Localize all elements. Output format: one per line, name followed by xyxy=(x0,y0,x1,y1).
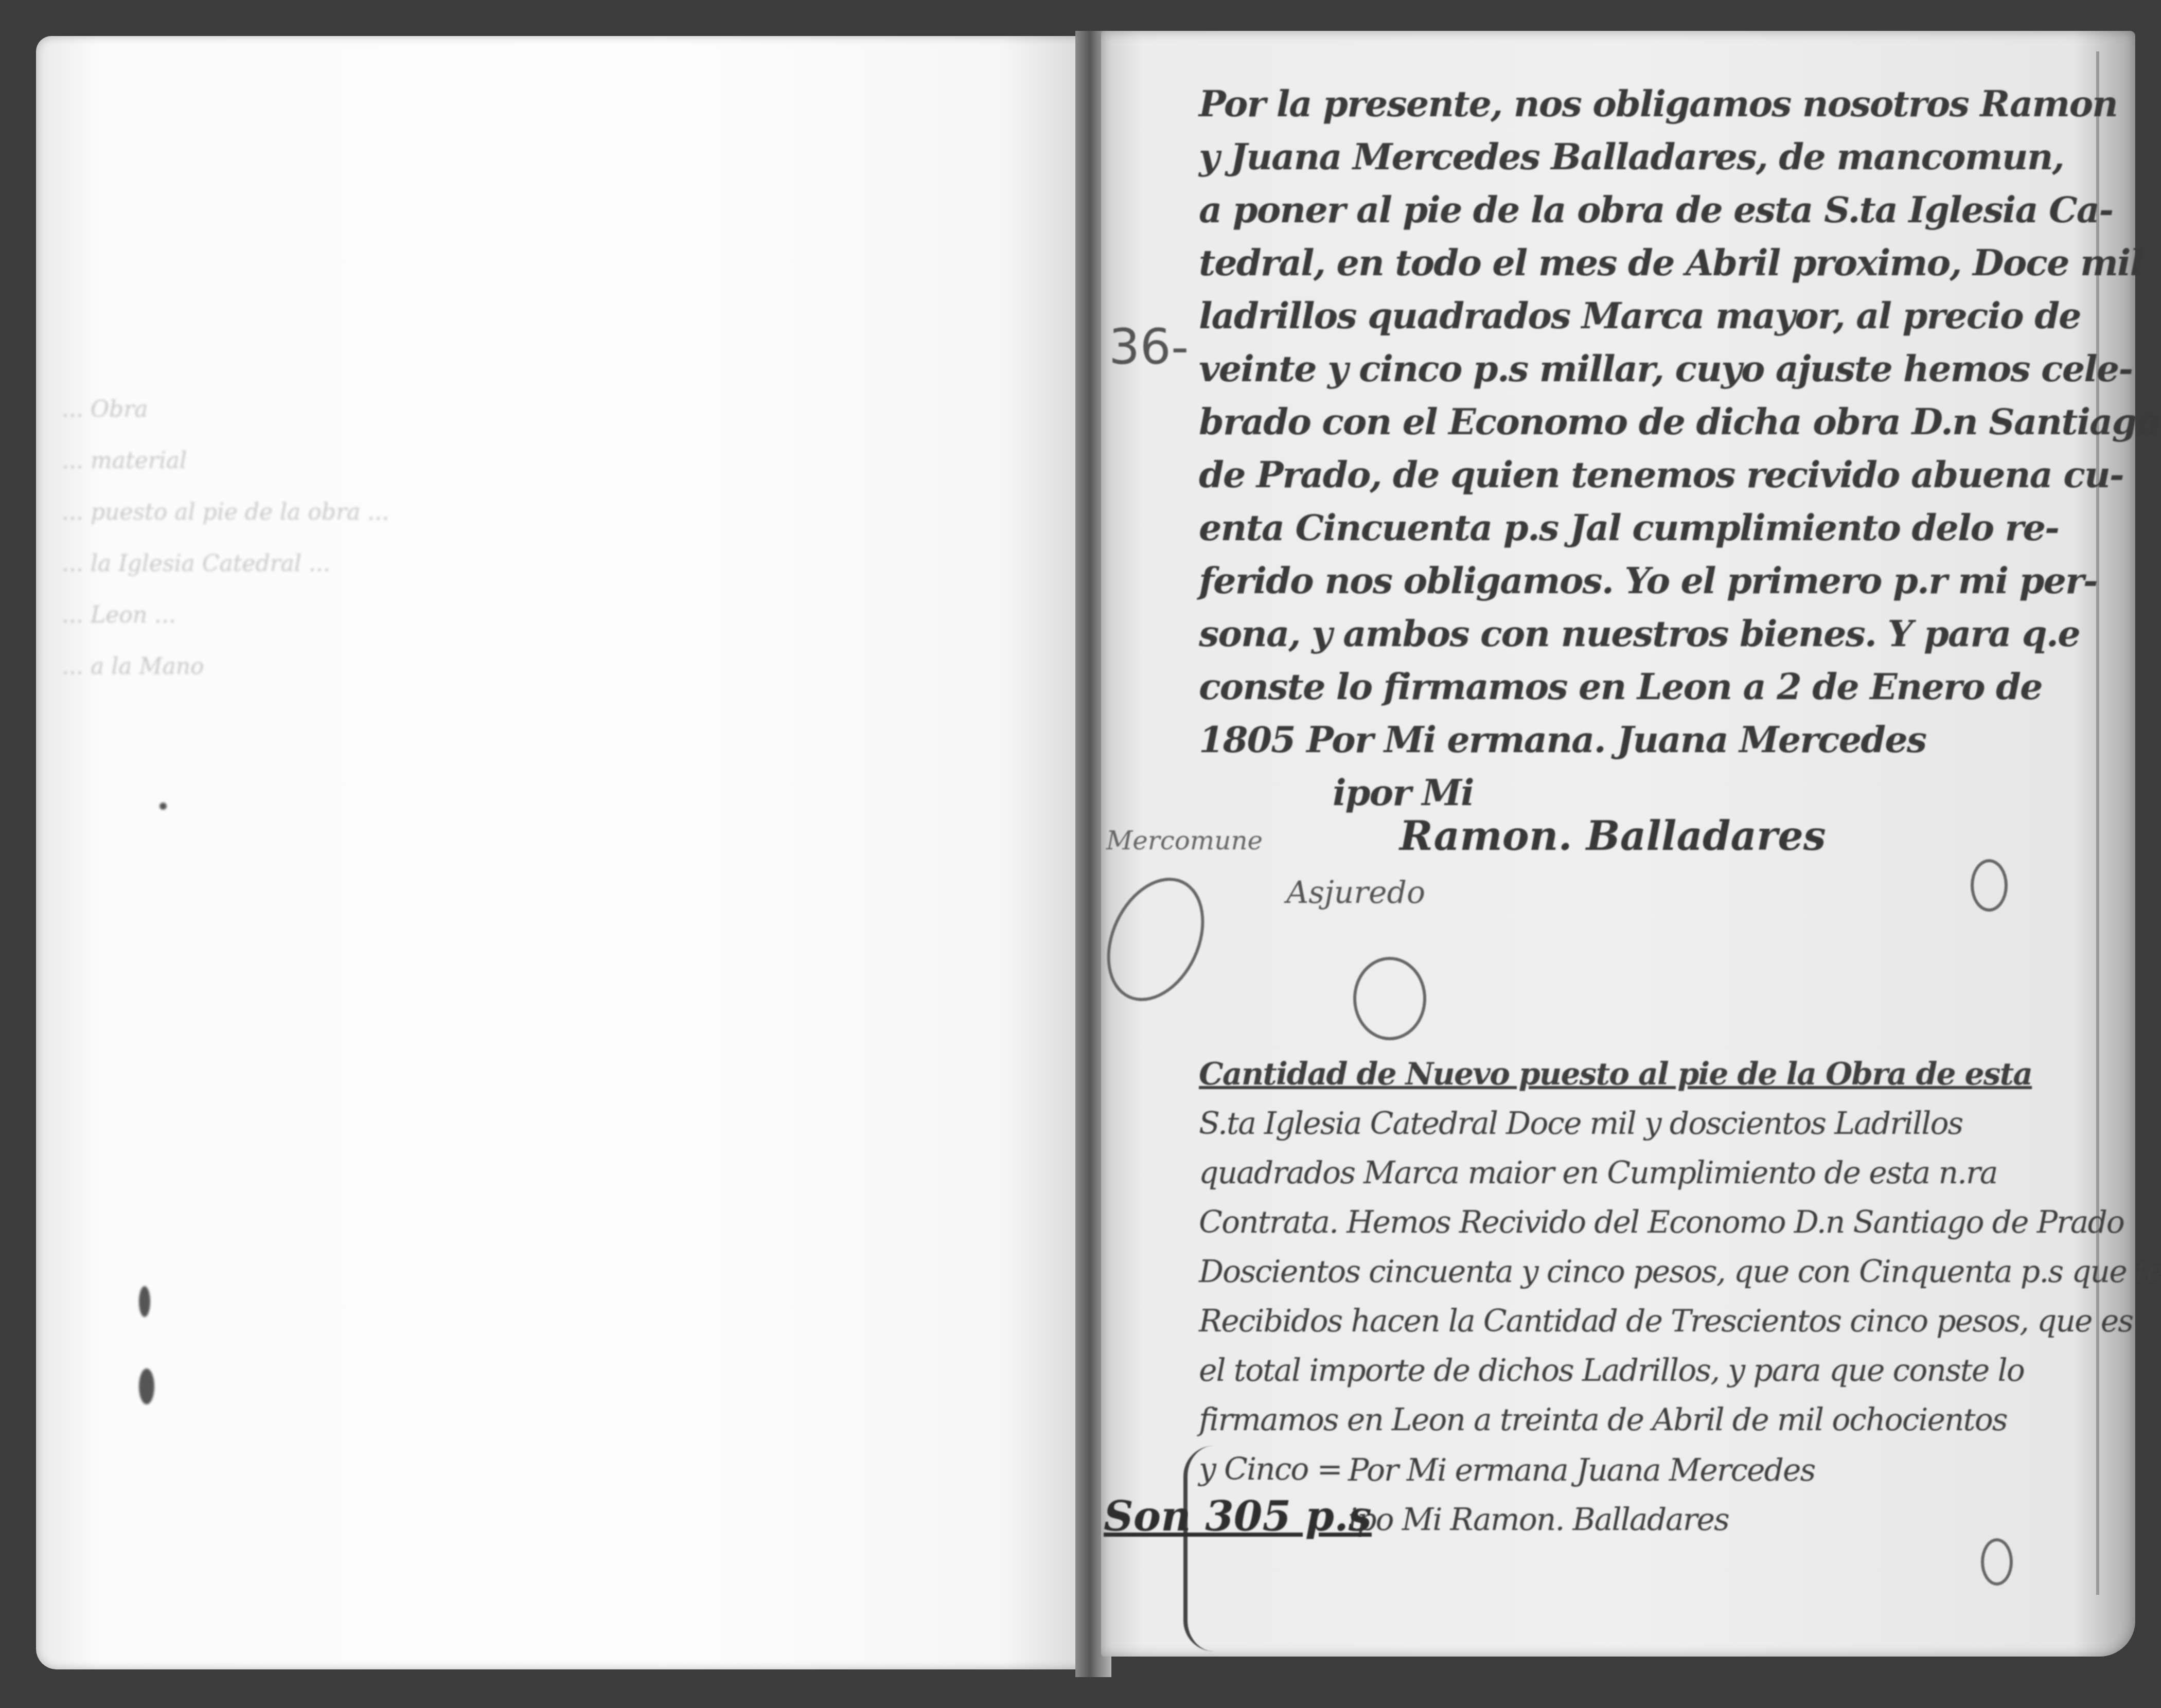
brace-mark xyxy=(1183,1446,1218,1651)
manuscript-line: quadrados Marca maior en Cumplimiento de… xyxy=(1199,1148,2125,1198)
bleed-through-line: ... material xyxy=(62,448,187,474)
manuscript-line: Cantidad de Nuevo puesto al pie de la Ob… xyxy=(1199,1049,2125,1099)
manuscript-line: Doscientos cincuenta y cinco pesos, que … xyxy=(1199,1247,2125,1296)
manuscript-line: ipor Mi xyxy=(1199,766,2104,819)
manuscript-line: Recibidos hacen la Cantidad de Trescient… xyxy=(1199,1296,2125,1346)
bleed-through-line: ... Obra xyxy=(62,396,148,422)
ink-speck xyxy=(160,803,167,810)
rubric-flourish-icon xyxy=(1353,957,1426,1040)
ink-blot xyxy=(139,1368,154,1404)
manuscript-spread: ... Obra ... material ... puesto al pie … xyxy=(0,0,2161,1708)
bleed-through-line: ... la Iglesia Catedral ... xyxy=(62,550,330,577)
manuscript-line: sona, y ambos con nuestros bienes. Y par… xyxy=(1199,607,2104,660)
margin-total: Son 305 p.s xyxy=(1104,1492,1372,1540)
manuscript-line: el total importe de dichos Ladrillos, y … xyxy=(1199,1346,2125,1395)
signature-line: ipo Mi Ramon. Balladares xyxy=(1348,1495,2161,1544)
margin-signature: Mercomune xyxy=(1106,826,1263,856)
manuscript-line: Por la presente, nos obligamos nosotros … xyxy=(1199,77,2104,130)
manuscript-line: y Juana Mercedes Balladares, de mancomun… xyxy=(1199,130,2104,183)
manuscript-line: ferido nos obligamos. Yo el primero p.r … xyxy=(1199,554,2104,607)
bleed-through-line: ... Leon ... xyxy=(62,602,176,628)
left-page: ... Obra ... material ... puesto al pie … xyxy=(36,36,1086,1669)
manuscript-line: firmamos en Leon a treinta de Abril de m… xyxy=(1199,1395,2125,1445)
entry-2-signatures: Por Mi ermana Juana Mercedes ipo Mi Ramo… xyxy=(1348,1446,2161,1544)
ink-blot xyxy=(139,1286,150,1317)
folio-number: 36- xyxy=(1109,319,1189,376)
manuscript-line: a poner al pie de la obra de esta S.ta I… xyxy=(1199,183,2104,236)
manuscript-line: tedral, en todo el mes de Abril proximo,… xyxy=(1199,236,2104,289)
manuscript-line: de Prado, de quien tenemos recivido abue… xyxy=(1199,448,2104,501)
manuscript-line: conste lo firmamos en Leon a 2 de Enero … xyxy=(1199,660,2104,713)
rubric-flourish-icon xyxy=(1971,859,2008,912)
manuscript-line: ladrillos quadrados Marca mayor, al prec… xyxy=(1199,289,2104,342)
bleed-through-line: ... a la Mano xyxy=(62,653,204,680)
attestation-signature: Asjuredo xyxy=(1286,875,1425,911)
manuscript-line: 1805 Por Mi ermana. Juana Mercedes xyxy=(1199,713,2104,766)
entry-1-text: Por la presente, nos obligamos nosotros … xyxy=(1199,77,2104,819)
manuscript-line: S.ta Iglesia Catedral Doce mil y doscien… xyxy=(1199,1099,2125,1148)
manuscript-line: enta Cincuenta p.s Jal cumplimiento delo… xyxy=(1199,501,2104,554)
bleed-through-line: ... puesto al pie de la obra ... xyxy=(62,499,389,525)
signature-line: Por Mi ermana Juana Mercedes xyxy=(1348,1446,2161,1495)
manuscript-line: veinte y cinco p.s millar, cuyo ajuste h… xyxy=(1199,342,2104,395)
entry-2-text: Cantidad de Nuevo puesto al pie de la Ob… xyxy=(1199,1049,2125,1494)
manuscript-line: Contrata. Hemos Recivido del Economo D.n… xyxy=(1199,1198,2125,1247)
manuscript-line: brado con el Economo de dicha obra D.n S… xyxy=(1199,395,2104,448)
signature-ramon-balladares: Ramon. Balladares xyxy=(1400,813,1826,860)
rubric-flourish-icon xyxy=(1981,1538,2013,1586)
